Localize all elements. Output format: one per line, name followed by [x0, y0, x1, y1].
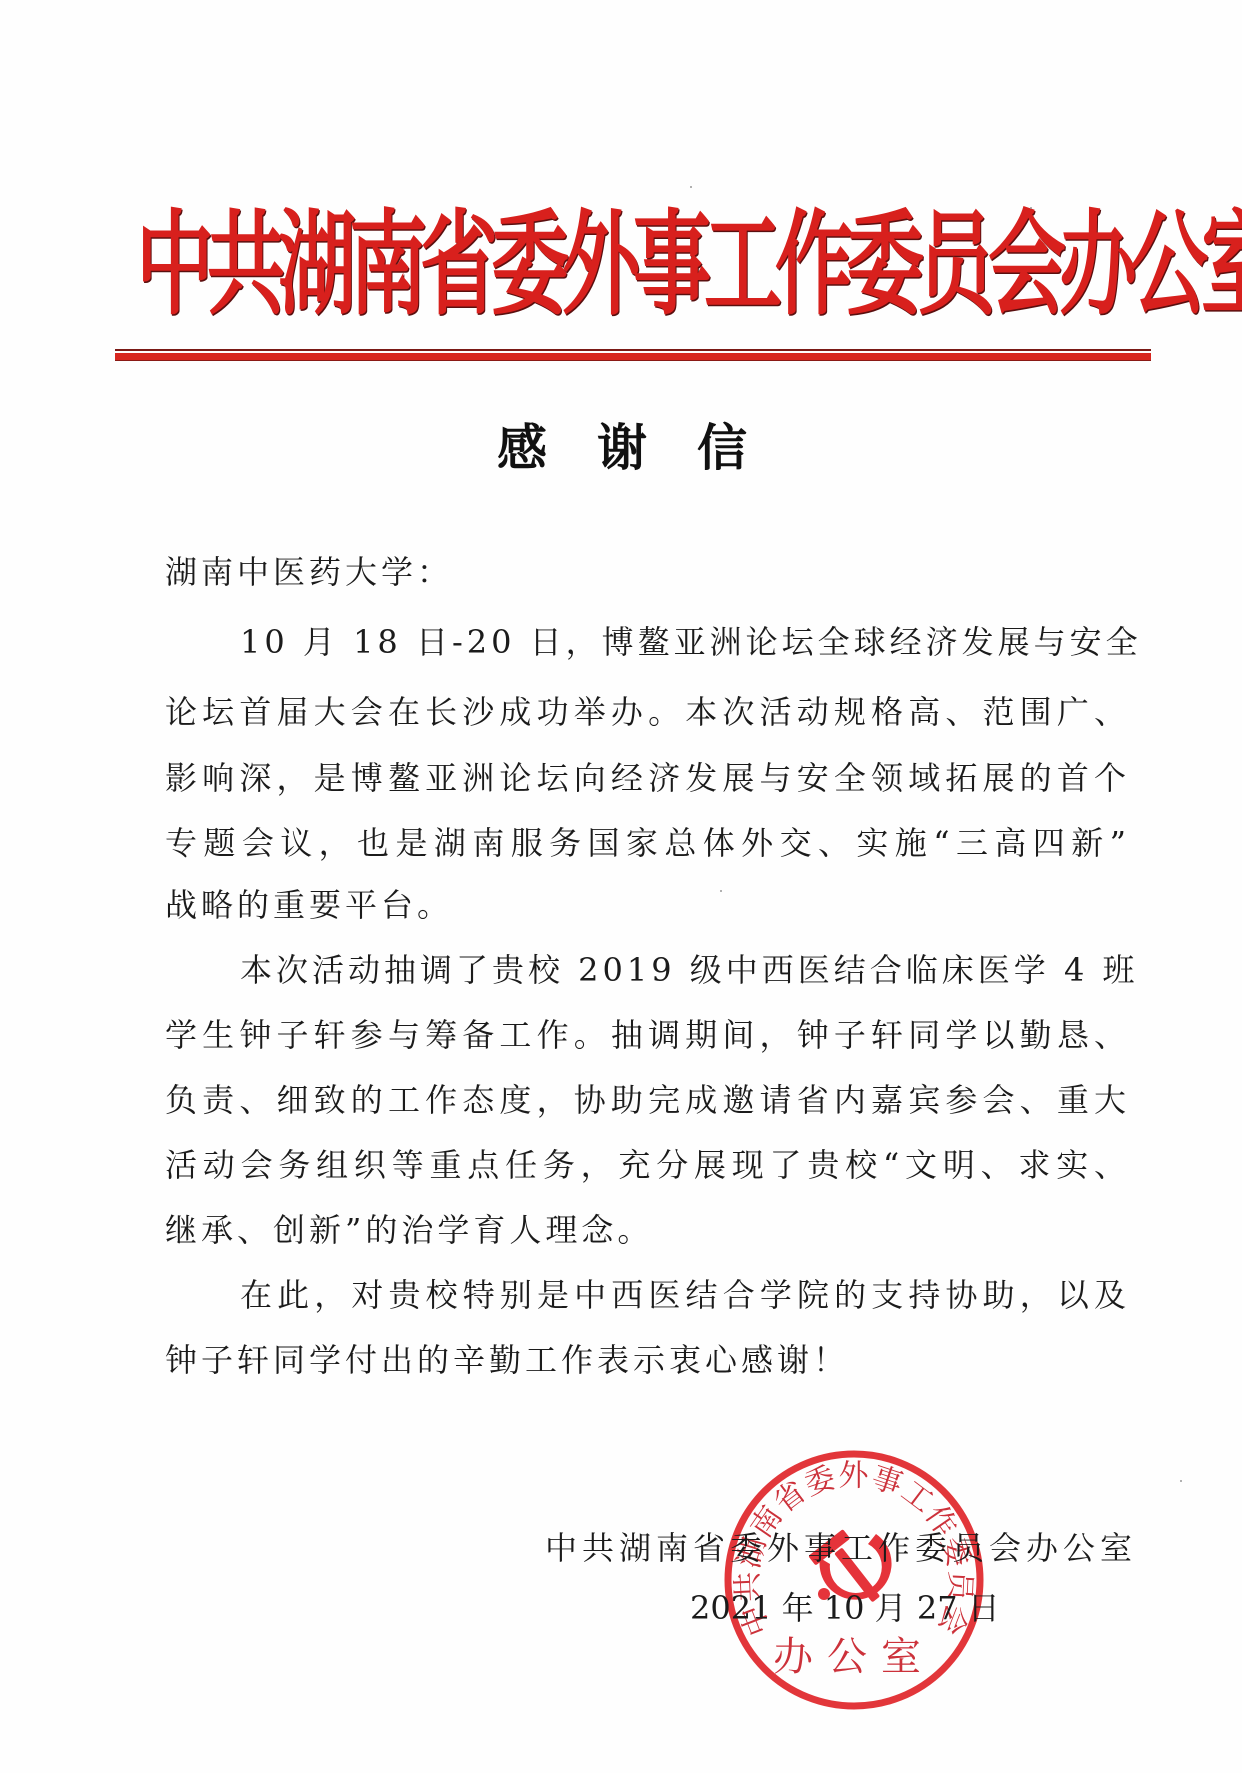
paragraph-1-line-3: 影响深，是博鳌亚洲论坛向经济发展与安全领域拓展的首个 — [165, 753, 1130, 803]
paper-speck — [690, 186, 692, 188]
salutation: 湖南中医药大学： — [165, 547, 1130, 597]
paper-speck — [1030, 207, 1032, 209]
letter-page: 中共湖南省委外事工作委员会办公室 中共湖南省委外事工作委员会办公室 感谢信 湖南… — [0, 0, 1242, 1773]
document-title: 感谢信 — [0, 418, 1242, 478]
letterhead-organization: 中共湖南省委外事工作委员会办公室 — [136, 196, 1140, 336]
paragraph-1-line-2: 论坛首届大会在长沙成功举办。本次活动规格高、范围广、 — [165, 687, 1130, 737]
letterhead-char: 办 — [1059, 209, 1130, 322]
letterhead-char: 事 — [633, 209, 704, 322]
paragraph-2-line-1: 本次活动抽调了贵校 2019 级中西医结合临床医学 4 班 — [240, 945, 1130, 995]
paper-speck — [720, 890, 722, 892]
paragraph-1-line-4: 专题会议，也是湖南服务国家总体外交、实施“三高四新” — [165, 818, 1130, 868]
divider-thin-line — [115, 349, 1151, 351]
paragraph-1-line-5: 战略的重要平台。 — [165, 880, 1130, 930]
signature-organization: 中共湖南省委外事工作委员会办公室 — [545, 1523, 1127, 1573]
paragraph-2-line-3: 负责、细致的工作态度，协助完成邀请省内嘉宾参会、重大 — [165, 1075, 1130, 1125]
paragraph-3-line-1: 在此，对贵校特别是中西医结合学院的支持协助，以及 — [240, 1270, 1130, 1320]
official-seal-icon: 中共湖南省委外事工作委员会 办公室 — [722, 1448, 986, 1712]
letterhead-char: 湖 — [278, 209, 349, 322]
paragraph-2-line-4: 活动会务组织等重点任务，充分展现了贵校“文明、求实、 — [165, 1140, 1130, 1190]
paper-speck — [820, 1020, 822, 1022]
letterhead-divider — [115, 349, 1151, 361]
letterhead-char: 员 — [917, 209, 988, 322]
letterhead-char: 委 — [846, 209, 917, 322]
paragraph-3-line-2: 钟子轩同学付出的辛勤工作表示衷心感谢！ — [165, 1335, 1130, 1385]
paper-speck — [1180, 1480, 1182, 1482]
paragraph-2-line-5: 继承、创新”的治学育人理念。 — [165, 1205, 1130, 1255]
letterhead-char: 室 — [1201, 209, 1242, 322]
letterhead-char: 作 — [775, 209, 846, 322]
letterhead-char: 工 — [704, 209, 775, 322]
letterhead-char: 外 — [562, 209, 633, 322]
letterhead-char: 会 — [988, 209, 1059, 322]
letterhead-char: 省 — [420, 209, 491, 322]
svg-text:办公室: 办公室 — [773, 1634, 935, 1680]
letterhead-char: 南 — [349, 209, 420, 322]
paragraph-2-line-2: 学生钟子轩参与筹备工作。抽调期间，钟子轩同学以勤恳、 — [165, 1010, 1130, 1060]
divider-thick-line — [115, 353, 1151, 360]
letterhead-char: 共 — [207, 209, 278, 322]
signature-date: 2021 年 10 月 27 日 — [690, 1583, 987, 1633]
letterhead-char: 中 — [136, 209, 207, 322]
letterhead-char: 委 — [491, 209, 562, 322]
paragraph-1-line-1: 10 月 18 日-20 日，博鳌亚洲论坛全球经济发展与安全 — [240, 617, 1130, 667]
letterhead-char: 公 — [1130, 209, 1201, 322]
